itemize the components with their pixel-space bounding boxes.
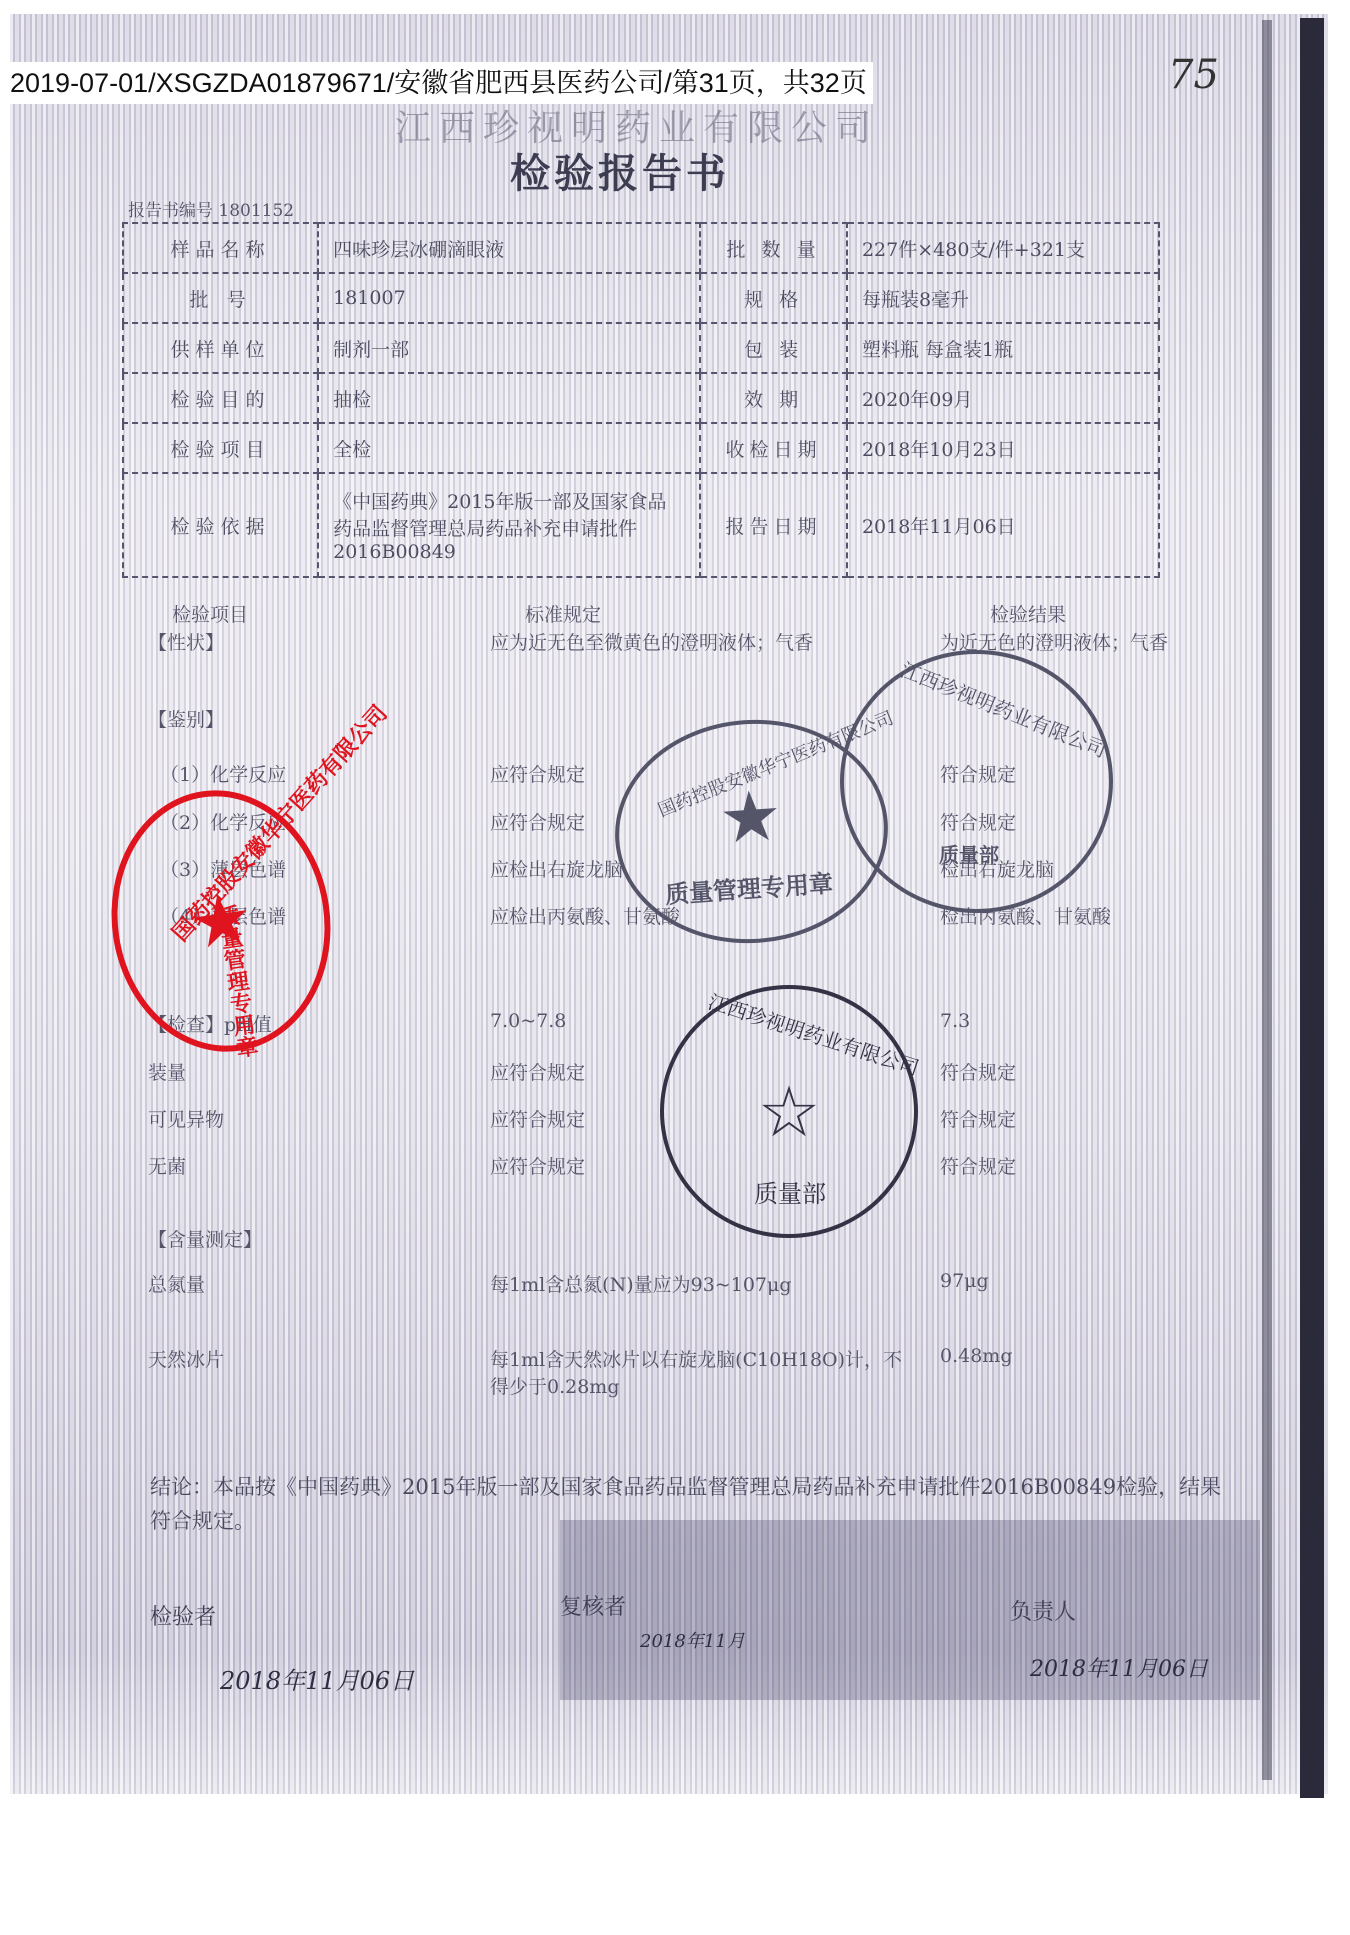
star-icon: ☆ <box>758 1077 821 1147</box>
result-item: 可见异物 <box>148 1105 224 1132</box>
info-value2: 2018年10月23日 <box>847 423 1159 473</box>
info-value2: 2018年11月06日 <box>847 473 1159 577</box>
result-standard: 应为近无色至微黄色的澄明液体；气香 <box>490 628 910 655</box>
info-label2: 报告日期 <box>700 473 847 577</box>
info-row: 批 号181007规 格每瓶装8毫升 <box>123 273 1159 323</box>
manufacturer-seal: 江西珍视明药业有限公司 质量部 <box>840 650 1113 913</box>
handwritten-page-number: 75 <box>1168 52 1219 98</box>
head-signature: 负责人 2018年11月06日 <box>1010 1595 1208 1683</box>
info-value2: 每瓶装8毫升 <box>847 273 1159 323</box>
info-label: 检验依据 <box>123 473 318 577</box>
info-label2: 批 数 量 <box>700 223 847 273</box>
info-value: 全检 <box>318 423 700 473</box>
info-label2: 包 装 <box>700 323 847 373</box>
result-result: 7.3 <box>940 1010 970 1032</box>
info-label2: 规 格 <box>700 273 847 323</box>
page-edge-shadow <box>1262 20 1272 1780</box>
info-value: 181007 <box>318 273 700 323</box>
info-label2: 效 期 <box>700 373 847 423</box>
report-number: 报告书编号 1801152 <box>128 196 294 221</box>
result-result: 符合规定 <box>940 1058 1016 1085</box>
result-standard: 每1ml含总氮(N)量应为93~107μg <box>490 1270 910 1297</box>
info-label: 批 号 <box>123 273 318 323</box>
info-value: 四味珍层冰硼滴眼液 <box>318 223 700 273</box>
info-row: 检验目的抽检效 期2020年09月 <box>123 373 1159 423</box>
info-label: 检验目的 <box>123 373 318 423</box>
scanner-edge <box>1300 18 1324 1798</box>
result-item: （1）化学反应 <box>160 760 286 787</box>
result-item: 【性状】 <box>148 628 224 655</box>
archive-watermark: 2019-07-01/XSGZDA01879671/安徽省肥西县医药公司/第31… <box>4 62 873 104</box>
info-row: 检验依据《中国药典》2015年版一部及国家食品药品监督管理总局药品补充申请批件2… <box>123 473 1159 577</box>
info-row: 样品名称四味珍层冰硼滴眼液批 数 量227件×480支/件+321支 <box>123 223 1159 273</box>
info-row: 检验项目全检收检日期2018年10月23日 <box>123 423 1159 473</box>
result-item: 总氮量 <box>148 1270 205 1297</box>
info-value: 制剂一部 <box>318 323 700 373</box>
info-value: 《中国药典》2015年版一部及国家食品药品监督管理总局药品补充申请批件2016B… <box>318 473 700 577</box>
result-item: 【鉴别】 <box>148 705 224 732</box>
result-item: 无菌 <box>148 1152 186 1179</box>
result-result: 符合规定 <box>940 1152 1016 1179</box>
info-label2: 收检日期 <box>700 423 847 473</box>
info-value2: 塑料瓶 每盒装1瓶 <box>847 323 1159 373</box>
result-result: 符合规定 <box>940 1105 1016 1132</box>
conclusion-text: 结论：本品按《中国药典》2015年版一部及国家食品药品监督管理总局药品补充申请批… <box>150 1470 1230 1538</box>
info-label: 检验项目 <box>123 423 318 473</box>
result-item: 装量 <box>148 1058 186 1085</box>
info-value2: 227件×480支/件+321支 <box>847 223 1159 273</box>
result-item: 天然冰片 <box>148 1345 224 1372</box>
inspector-signature: 检验者 2018年11月06日 <box>150 1600 414 1696</box>
document-title: 检验报告书 <box>510 142 730 199</box>
info-label: 供样单位 <box>123 323 318 373</box>
result-result: 0.48mg <box>940 1345 1012 1367</box>
sample-info-table: 样品名称四味珍层冰硼滴眼液批 数 量227件×480支/件+321支批 号181… <box>122 222 1160 578</box>
info-row: 供样单位制剂一部包 装塑料瓶 每盒装1瓶 <box>123 323 1159 373</box>
result-result: 97μg <box>940 1270 989 1292</box>
info-value: 抽检 <box>318 373 700 423</box>
result-standard: 每1ml含天然冰片以右旋龙脑(C10H18O)计，不得少于0.28mg <box>490 1345 910 1399</box>
reviewer-signature: 复核者 2018年11月 <box>560 1590 745 1653</box>
manufacturer-quality-seal: ☆ 江西珍视明药业有限公司 质量部 <box>660 985 918 1238</box>
info-label: 样品名称 <box>123 223 318 273</box>
result-item: 【含量测定】 <box>148 1225 262 1252</box>
info-value2: 2020年09月 <box>847 373 1159 423</box>
